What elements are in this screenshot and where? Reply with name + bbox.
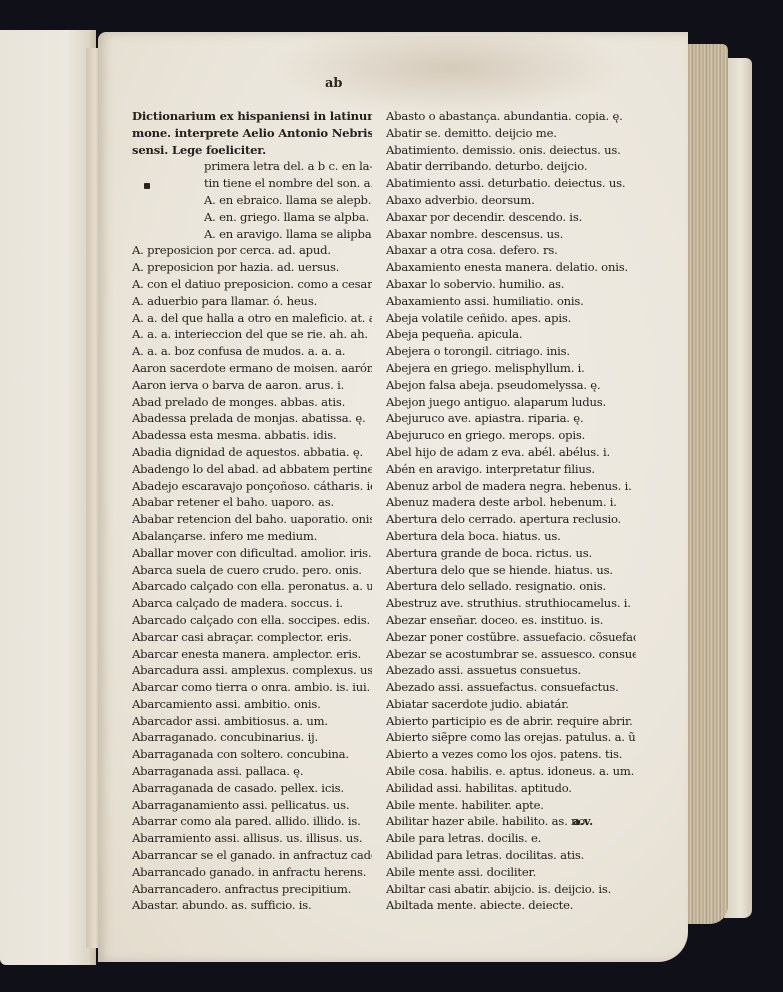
dictionary-entry: Abarrancar se el ganado. in anfractuz ca… bbox=[132, 847, 372, 864]
dictionary-entry: Aaron ierva o barva de aaron. arus. i. bbox=[132, 377, 372, 394]
heading-line: Dictionarium ex hispaniensi in latinum s… bbox=[132, 108, 372, 125]
dictionary-entry: Abarraganada assi. pallaca. ę. bbox=[132, 763, 372, 780]
book-cover-board bbox=[724, 58, 752, 918]
dictionary-entry: Abezar enseñar. doceo. es. instituo. is. bbox=[386, 612, 636, 629]
dictionary-entry: A. a. del que halla a otro en maleficio.… bbox=[132, 310, 372, 327]
dictionary-entry: Abeja pequeña. apicula. bbox=[386, 326, 636, 343]
dictionary-entry: Abaxar a otra cosa. defero. rs. bbox=[386, 242, 636, 259]
dictionary-entry: Abejera o torongil. citriago. inis. bbox=[386, 343, 636, 360]
dictionary-entry: Abertura dela boca. hiatus. us. bbox=[386, 528, 636, 545]
dictionary-entry: Abierto siẽpre como las orejas. patulus.… bbox=[386, 729, 636, 746]
dictionary-entry: Abatir derribando. deturbo. deijcio. bbox=[386, 158, 636, 175]
dictionary-entry: Abejuruco en griego. merops. opis. bbox=[386, 427, 636, 444]
dictionary-entry: Abile cosa. habilis. e. aptus. idoneus. … bbox=[386, 763, 636, 780]
dictionary-entry: Abatimiento. demissio. onis. deiectus. u… bbox=[386, 142, 636, 159]
dictionary-entry: Ababar retener el baho. uaporo. as. bbox=[132, 494, 372, 511]
dictionary-entry: Abarraganada con soltero. concubina. bbox=[132, 746, 372, 763]
dictionary-entry: Abenuz arbol de madera negra. hebenus. i… bbox=[386, 478, 636, 495]
dictionary-entry: Abertura grande de boca. rictus. us. bbox=[386, 545, 636, 562]
water-stain bbox=[270, 36, 630, 116]
dictionary-entry: Abatimiento assi. deturbatio. deiectus. … bbox=[386, 175, 636, 192]
dictionary-entry: Abiatar sacerdote judio. abiatár. bbox=[386, 696, 636, 713]
dictionary-entry: Abarcar como tierra o onra. ambio. is. i… bbox=[132, 679, 372, 696]
dictionary-entry: Abaxo adverbio. deorsum. bbox=[386, 192, 636, 209]
intro-line: tin tiene el nombre del son. a. bbox=[132, 175, 372, 192]
dictionary-entry: Abilitar hazer abile. habilito. as. no. bbox=[386, 813, 636, 830]
dictionary-entry: Abaxar lo sobervio. humilio. as. bbox=[386, 276, 636, 293]
dictionary-entry: Abejera en griego. melisphyllum. i. bbox=[386, 360, 636, 377]
dictionary-entry: Abadengo lo del abad. ad abbatem pertine… bbox=[132, 461, 372, 478]
dictionary-entry: Abierto participio es de abrir. require … bbox=[386, 713, 636, 730]
dictionary-entry: Abasto o abastança. abundantia. copia. ę… bbox=[386, 108, 636, 125]
dictionary-entry: Abeja volatile ceñido. apes. apis. bbox=[386, 310, 636, 327]
dictionary-entry: Abejon juego antiguo. alaparum ludus. bbox=[386, 394, 636, 411]
dictionary-entry: Abezado assi. assuefactus. consuefactus. bbox=[386, 679, 636, 696]
dictionary-entry: Abierto a vezes como los ojos. patens. t… bbox=[386, 746, 636, 763]
dictionary-entry: Abezado assi. assuetus consuetus. bbox=[386, 662, 636, 679]
dictionary-entry: Abarcamiento assi. ambitio. onis. bbox=[132, 696, 372, 713]
signature-mark-bottom: a.v. bbox=[573, 815, 593, 828]
dictionary-entry: Abiltada mente. abiecte. deiecte. bbox=[386, 897, 636, 914]
dictionary-entry: Abarrar como ala pared. allido. illido. … bbox=[132, 813, 372, 830]
intro-line: primera letra del. a b c. en la- bbox=[132, 158, 372, 175]
dictionary-entry: Abarrancado ganado. in anfractu herens. bbox=[132, 864, 372, 881]
dictionary-entry: Abel hijo de adam z eva. abél. abélus. i… bbox=[386, 444, 636, 461]
dictionary-entry: Abatir se. demitto. deijcio me. bbox=[386, 125, 636, 142]
dictionary-entry: Abadessa prelada de monjas. abatissa. ę. bbox=[132, 410, 372, 427]
dictionary-entry: Abarcar casi abraçar. complector. eris. bbox=[132, 629, 372, 646]
dictionary-entry: A. a. a. boz confusa de mudos. a. a. a. bbox=[132, 343, 372, 360]
dictionary-entry: Abadia dignidad de aquestos. abbatia. ę. bbox=[132, 444, 372, 461]
dictionary-entry: Abertura delo que se hiende. hiatus. us. bbox=[386, 562, 636, 579]
dictionary-entry: Abarca calçado de madera. soccus. i. bbox=[132, 595, 372, 612]
dictionary-entry: Abad prelado de monges. abbas. atis. bbox=[132, 394, 372, 411]
intro-line: A. en. griego. llama se alpba. bbox=[132, 209, 372, 226]
left-entries-list: A. preposicion por cerca. ad. apud.A. pr… bbox=[132, 242, 372, 914]
dictionary-entry: Abezar se acostumbrar se. assuesco. cons… bbox=[386, 646, 636, 663]
heading-line: sensi. Lege foeliciter. bbox=[132, 142, 372, 159]
dictionary-entry: Abilidad assi. habilitas. aptitudo. bbox=[386, 780, 636, 797]
dictionary-entry: Abarraganamiento assi. pellicatus. us. bbox=[132, 797, 372, 814]
dictionary-entry: A. a. a. interieccion del que se rie. ah… bbox=[132, 326, 372, 343]
dictionary-entry: Abejon falsa abeja. pseudomelyssa. ę. bbox=[386, 377, 636, 394]
dictionary-entry: Abaxamiento assi. humiliatio. onis. bbox=[386, 293, 636, 310]
dictionary-entry: Abarraganada de casado. pellex. icis. bbox=[132, 780, 372, 797]
dictionary-entry: A. aduerbio para llamar. ó. heus. bbox=[132, 293, 372, 310]
dictionary-entry: Abén en aravigo. interpretatur filius. bbox=[386, 461, 636, 478]
intro-line: A. en ebraico. llama se alepb. bbox=[132, 192, 372, 209]
dictionary-entry: Abenuz madera deste arbol. hebenum. i. bbox=[386, 494, 636, 511]
dictionary-entry: Abilidad para letras. docilitas. atis. bbox=[386, 847, 636, 864]
dictionary-entry: Abaxamiento enesta manera. delatio. onis… bbox=[386, 259, 636, 276]
left-page bbox=[0, 30, 96, 965]
dictionary-entry: Abejuruco ave. apiastra. riparia. ę. bbox=[386, 410, 636, 427]
dictionary-entry: Abarraganado. concubinarius. ij. bbox=[132, 729, 372, 746]
intro-line: A. en aravigo. llama se alipba bbox=[132, 226, 372, 243]
dictionary-entry: Abaxar por decendir. descendo. is. bbox=[386, 209, 636, 226]
dictionary-entry: Abile mente. habiliter. apte. bbox=[386, 797, 636, 814]
dictionary-entry: A. preposicion por cerca. ad. apud. bbox=[132, 242, 372, 259]
dictionary-entry: Abalançarse. infero me medium. bbox=[132, 528, 372, 545]
dictionary-entry: Abarcadura assi. amplexus. complexus. us… bbox=[132, 662, 372, 679]
dictionary-entry: Abertura delo cerrado. apertura reclusio… bbox=[386, 511, 636, 528]
right-entries-list: Abasto o abastança. abundantia. copia. ę… bbox=[386, 108, 636, 914]
signature-mark-top: ab bbox=[325, 76, 343, 91]
dictionary-entry: Aballar mover con dificultad. amolior. i… bbox=[132, 545, 372, 562]
dictionary-entry: Abadessa esta mesma. abbatis. idis. bbox=[132, 427, 372, 444]
dictionary-entry: Abarcado calçado con ella. soccipes. edi… bbox=[132, 612, 372, 629]
dictionary-entry: Abarramiento assi. allisus. us. illisus.… bbox=[132, 830, 372, 847]
dictionary-entry: Abile para letras. docilis. e. bbox=[386, 830, 636, 847]
dictionary-entry: Abastar. abundo. as. sufficio. is. bbox=[132, 897, 372, 914]
dictionary-entry: Abile mente assi. dociliter. bbox=[386, 864, 636, 881]
left-column: Dictionarium ex hispaniensi in latinum s… bbox=[132, 108, 372, 914]
dictionary-entry: Abarrancadero. anfractus precipitium. bbox=[132, 881, 372, 898]
dictionary-entry: Abarcador assi. ambitiosus. a. um. bbox=[132, 713, 372, 730]
dictionary-entry: Abarcado calçado con ella. peronatus. a.… bbox=[132, 578, 372, 595]
dictionary-entry: A. preposicion por hazia. ad. uersus. bbox=[132, 259, 372, 276]
dictionary-entry: Abarcar enesta manera. amplector. eris. bbox=[132, 646, 372, 663]
dictionary-entry: Abiltar casi abatir. abijcio. is. deijci… bbox=[386, 881, 636, 898]
dictionary-entry: Ababar retencion del baho. uaporatio. on… bbox=[132, 511, 372, 528]
dictionary-entry: Abertura delo sellado. resignatio. onis. bbox=[386, 578, 636, 595]
dictionary-entry: Abestruz ave. struthius. struthiocamelus… bbox=[386, 595, 636, 612]
dictionary-entry: Abaxar nombre. descensus. us. bbox=[386, 226, 636, 243]
dictionary-entry: Abarca suela de cuero crudo. pero. onis. bbox=[132, 562, 372, 579]
right-column: Abasto o abastança. abundantia. copia. ę… bbox=[386, 108, 636, 914]
dictionary-entry: A. con el datiuo preposicion. como a ces… bbox=[132, 276, 372, 293]
dictionary-entry: Aaron sacerdote ermano de moisen. aarón. bbox=[132, 360, 372, 377]
dictionary-entry: Abezar poner costũbre. assuefacio. cõsue… bbox=[386, 629, 636, 646]
heading-line: mone. interprete Aelio Antonio Nebris- bbox=[132, 125, 372, 142]
dictionary-entry: Abadejo escaravajo ponçoñoso. cátharis. … bbox=[132, 478, 372, 495]
